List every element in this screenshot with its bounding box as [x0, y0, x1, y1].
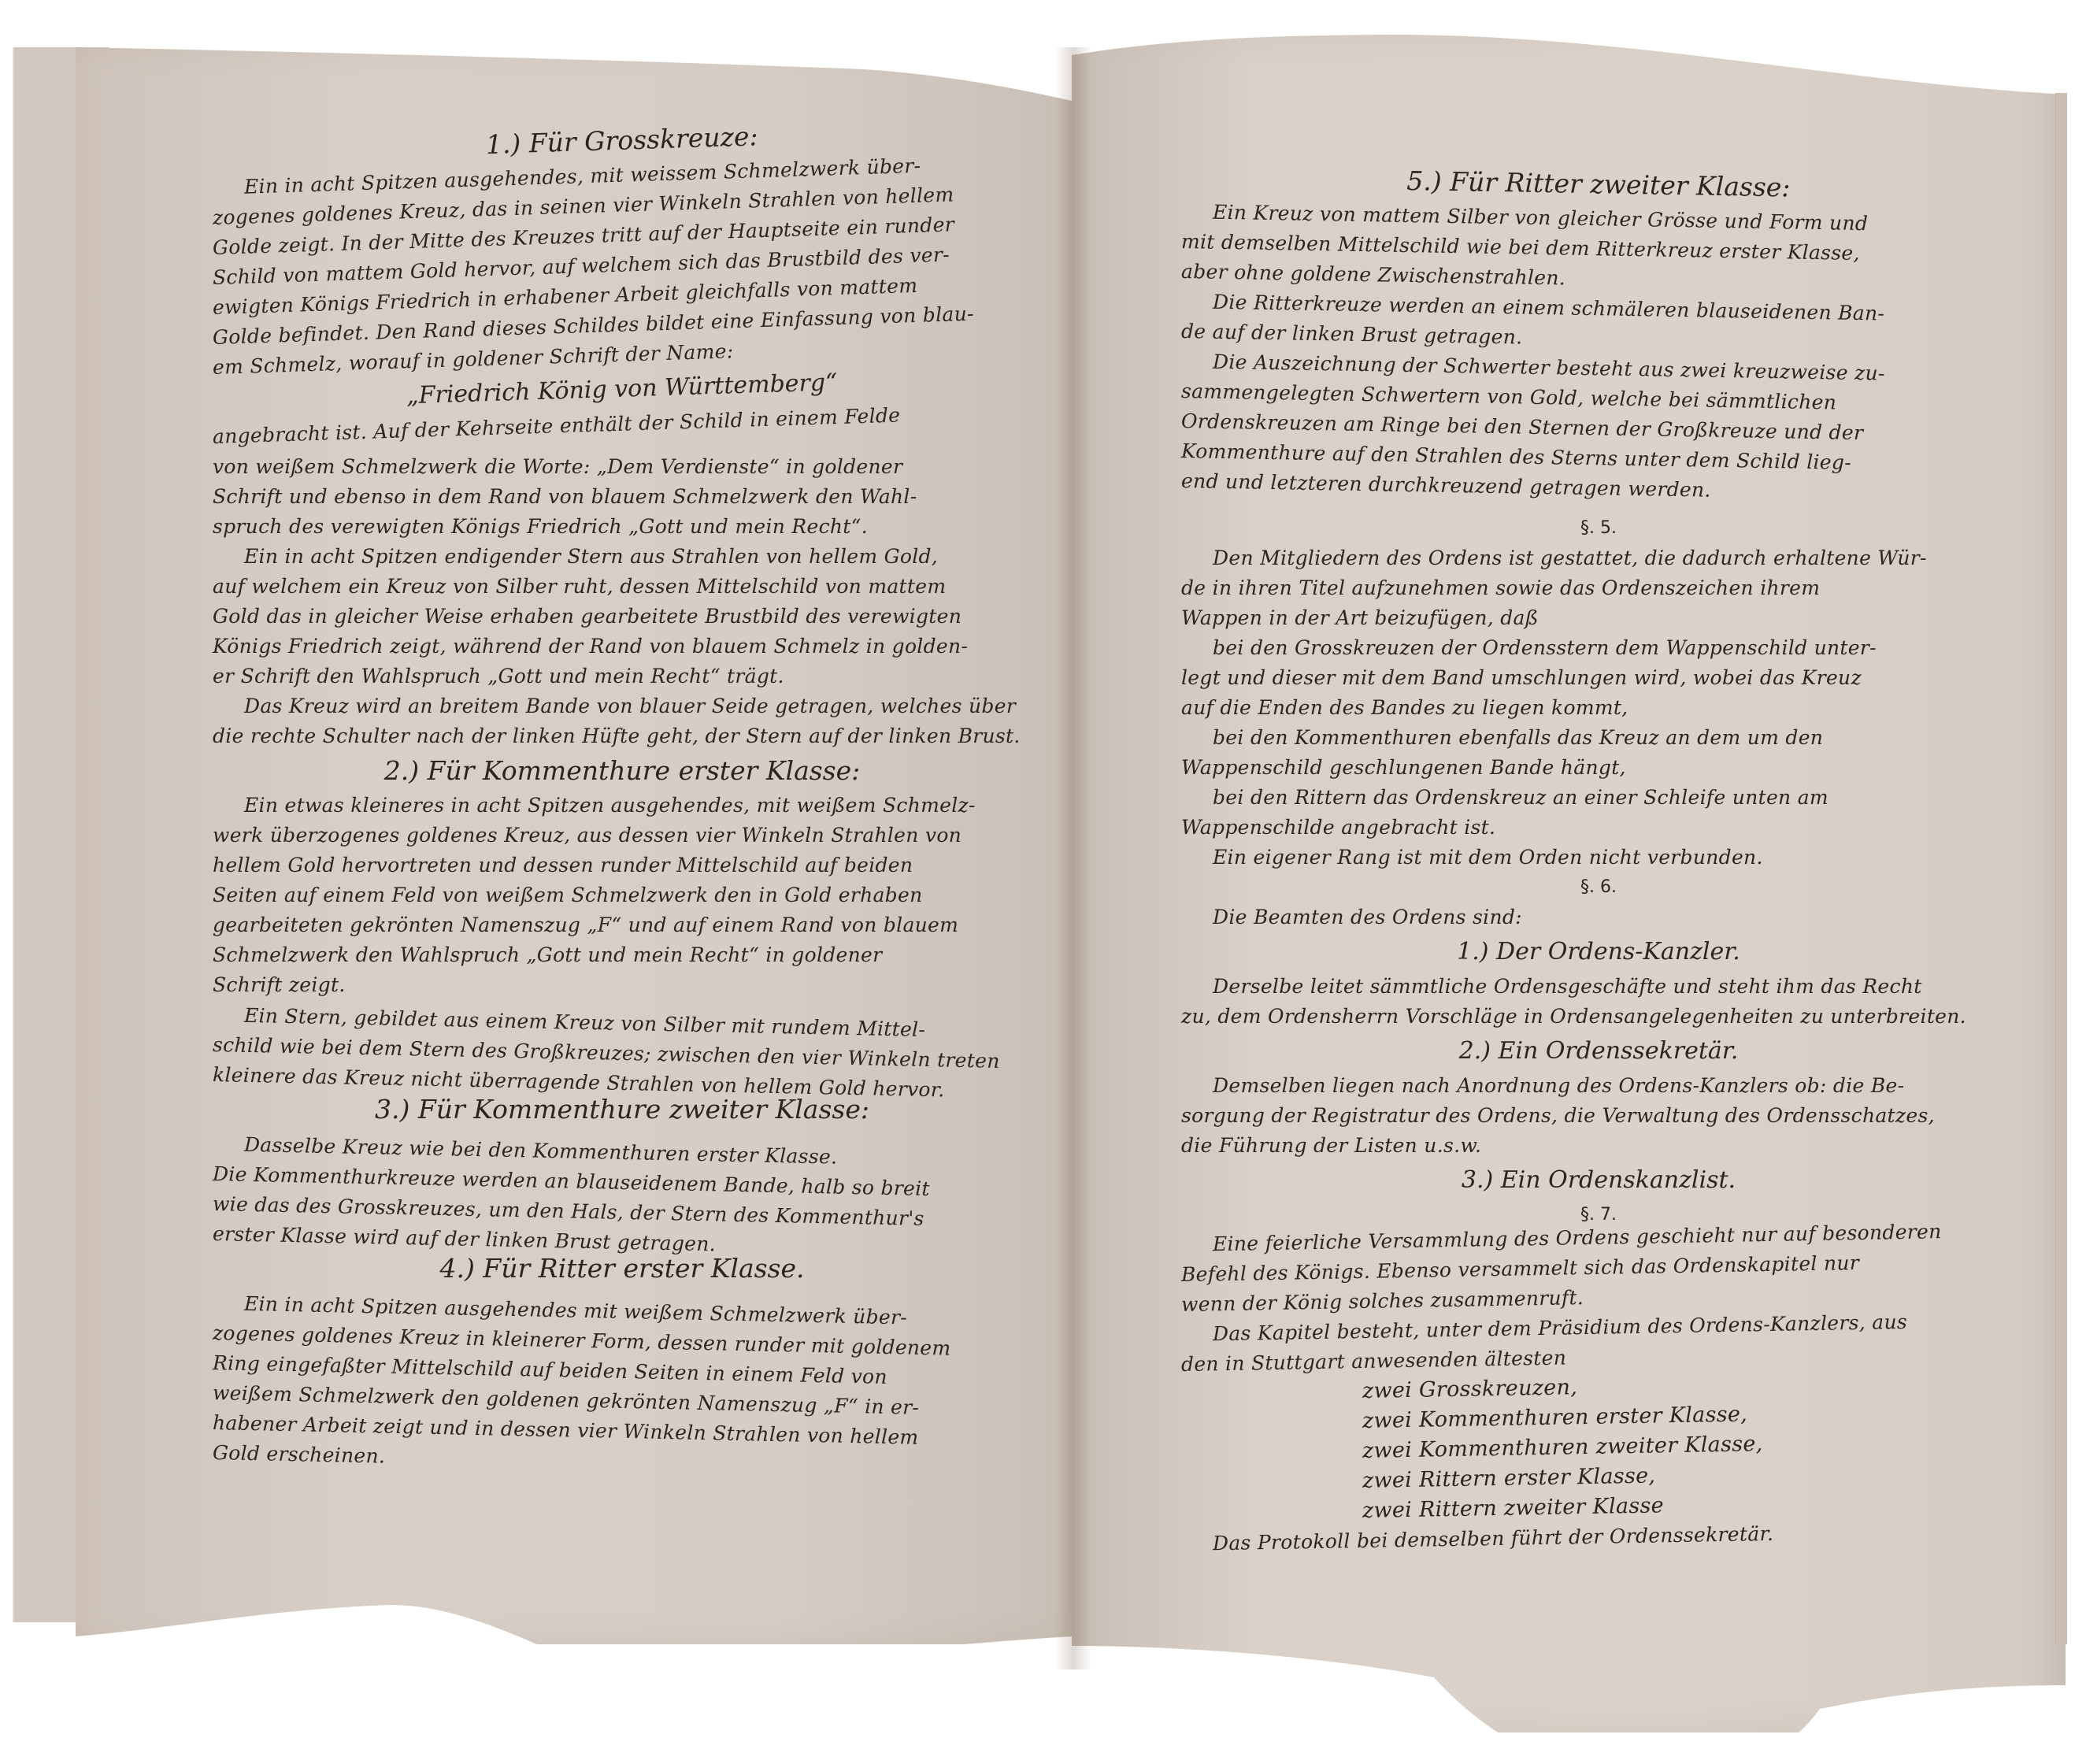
text-line: Seiten auf einem Feld von weißem Schmelz… — [213, 880, 1032, 910]
text-line: er Schrift den Wahlspruch „Gott und mein… — [213, 661, 1032, 691]
text-line: Die Beamten des Ordens sind: — [1181, 902, 2016, 932]
paragraph-symbol-5: §. 5. — [1181, 513, 2016, 543]
text-line: Schrift und ebenso in dem Rand von blaue… — [213, 482, 1032, 512]
text-line: Schmelzwerk den Wahlspruch „Gott und mei… — [213, 940, 1032, 970]
text-line: bei den Rittern das Ordenskreuz an einer… — [1181, 783, 2016, 813]
officer-heading-sekretaer: 2.) Ein Ordenssekretär. — [1181, 1032, 2016, 1071]
text-line: Das Kreuz wird an breitem Bande von blau… — [213, 691, 1032, 721]
officer-heading-kanzler: 1.) Der Ordens-Kanzler. — [1181, 932, 2016, 972]
text-line: Schrift zeigt. — [213, 970, 1032, 1000]
text-line: die Führung der Listen u.s.w. — [1181, 1131, 2016, 1161]
text-line: die rechte Schulter nach der linken Hüft… — [213, 721, 1032, 751]
paragraph-symbol-6: §. 6. — [1181, 873, 2016, 902]
text-line: legt und dieser mit dem Band umschlungen… — [1181, 663, 2016, 693]
text-line: Ein in acht Spitzen endigender Stern aus… — [213, 542, 1032, 572]
text-line: auf welchem ein Kreuz von Silber ruht, d… — [213, 572, 1032, 602]
text-line: Ein eigener Rang ist mit dem Orden nicht… — [1181, 843, 2016, 873]
text-line: bei den Grosskreuzen der Ordensstern dem… — [1181, 633, 2016, 663]
page-edge-right — [2055, 93, 2067, 1644]
officer-heading-kanzlist: 3.) Ein Ordenskanzlist. — [1181, 1161, 2016, 1200]
text-line: sorgung der Registratur des Ordens, die … — [1181, 1101, 2016, 1131]
text-line: werk überzogenes goldenes Kreuz, aus des… — [213, 821, 1032, 850]
text-line: Den Mitgliedern des Ordens ist gestattet… — [1181, 543, 2016, 573]
text-line: Ein etwas kleineres in acht Spitzen ausg… — [213, 791, 1032, 821]
text-line: Wappenschild geschlungenen Bande hängt, — [1181, 753, 2016, 783]
right-page-text: 5.) Für Ritter zweiter Klasse: Ein Kreuz… — [1181, 157, 2016, 1559]
text-line: Königs Friedrich zeigt, während der Rand… — [213, 632, 1032, 661]
text-line: de in ihren Titel aufzunehmen sowie das … — [1181, 573, 2016, 603]
text-line: zu, dem Ordensherrn Vorschläge in Ordens… — [1181, 1002, 2016, 1032]
text-line: Wappen in der Art beizufügen, daß — [1181, 603, 2016, 633]
text-line: hellem Gold hervortreten und dessen rund… — [213, 850, 1032, 880]
section-heading-kommenthure-1: 2.) Für Kommenthure erster Klasse: — [213, 751, 1032, 791]
text-line: Wappenschilde angebracht ist. — [1181, 813, 2016, 843]
book-gutter — [1055, 47, 1091, 1669]
text-line: von weißem Schmelzwerk die Worte: „Dem V… — [213, 452, 1032, 482]
text-line: Gold das in gleicher Weise erhaben gearb… — [213, 602, 1032, 632]
open-book: 1.) Für Grosskreuze: Ein in acht Spitzen… — [0, 0, 2086, 1764]
left-page-text: 1.) Für Grosskreuze: Ein in acht Spitzen… — [213, 134, 1032, 1468]
text-line: bei den Kommenthuren ebenfalls das Kreuz… — [1181, 723, 2016, 753]
text-line: auf die Enden des Bandes zu liegen kommt… — [1181, 693, 2016, 723]
text-line: Demselben liegen nach Anordnung des Orde… — [1181, 1071, 2016, 1101]
text-line: Derselbe leitet sämmtliche Ordensgeschäf… — [1181, 972, 2016, 1002]
text-line: gearbeiteten gekrönten Namenszug „F“ und… — [213, 910, 1032, 940]
text-line: spruch des verewigten Königs Friedrich „… — [213, 512, 1032, 542]
